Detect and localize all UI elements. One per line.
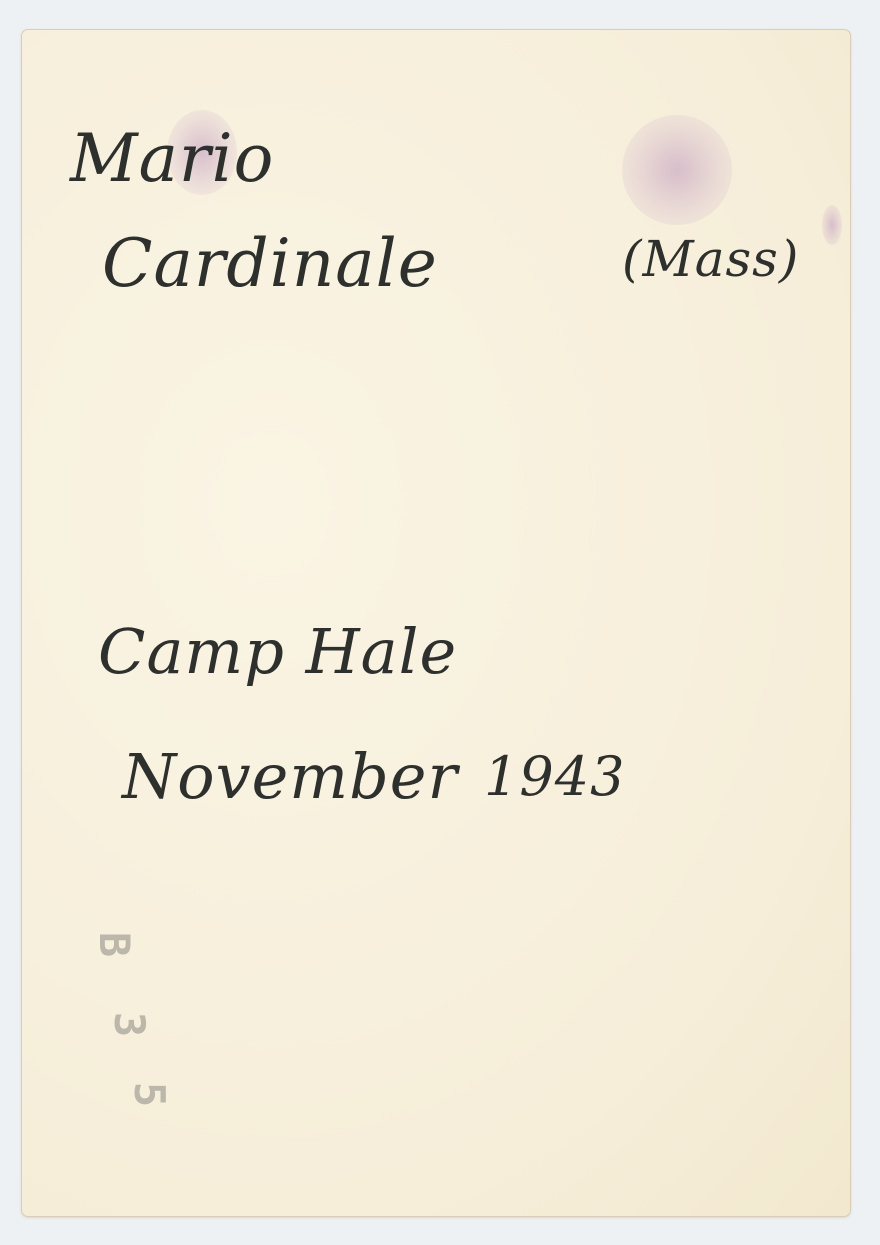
inscription-first-name: Mario <box>70 120 274 197</box>
inscription-location: Camp Hale <box>98 615 457 688</box>
inscription-year: 1943 <box>484 745 625 808</box>
ink-stain-right <box>622 115 732 225</box>
inscription-last-name: Cardinale <box>102 225 438 302</box>
stamp-digit-3: 5 <box>125 1082 174 1107</box>
inscription-state: (Mass) <box>622 230 799 288</box>
photo-back-card: Mario Cardinale (Mass) Camp Hale Novembe… <box>22 30 850 1216</box>
ink-stain-edge <box>822 205 842 245</box>
inscription-month: November <box>122 740 458 813</box>
stamp-digit-1: B <box>90 932 139 957</box>
stamp-digit-2: 3 <box>105 1012 154 1037</box>
